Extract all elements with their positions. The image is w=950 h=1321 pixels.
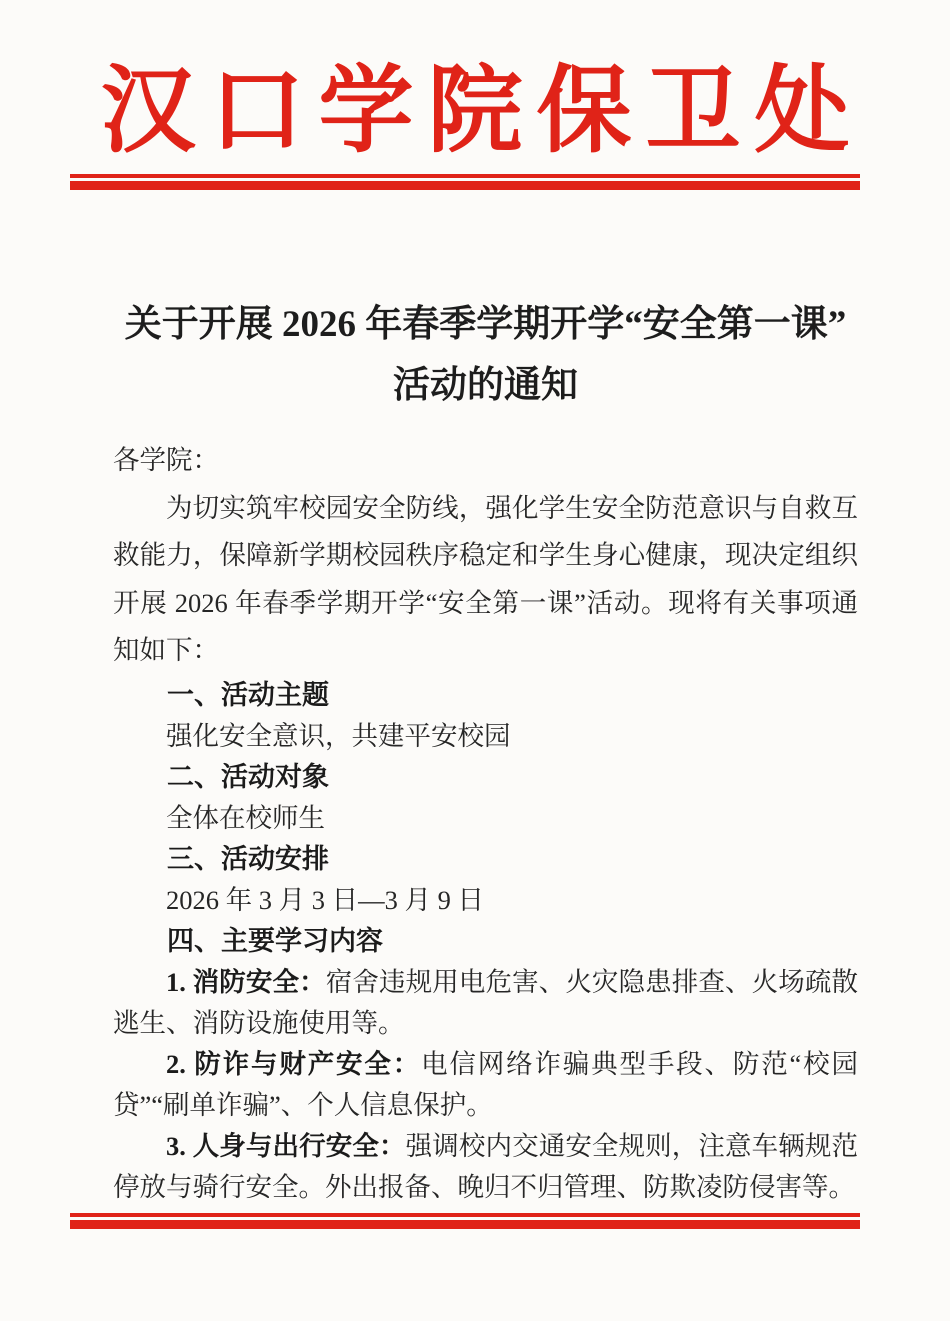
list-item-1-label: 1. 消防安全： [166, 967, 326, 997]
double-rule-bottom [70, 1213, 860, 1229]
masthead-title: 汉口学院保卫处 [0, 0, 950, 162]
section-1-heading: 一、活动主题 [113, 675, 858, 716]
sections: 一、活动主题 强化安全意识，共建平安校园 二、活动对象 全体在校师生 三、活动安… [113, 675, 858, 1208]
document-page: 汉口学院保卫处 关于开展 2026 年春季学期开学“安全第一课” 活动的通知 各… [0, 0, 950, 1321]
salutation: 各学院： [113, 437, 858, 485]
list-item-2-label: 2. 防诈与财产安全： [166, 1049, 421, 1079]
list-item: 2. 防诈与财产安全：电信网络诈骗典型手段、防范“校园贷”“刷单诈骗”、个人信息… [113, 1044, 858, 1126]
section-3-body: 2026 年 3 月 3 日—3 月 9 日 [113, 880, 858, 921]
list-item: 1. 消防安全：宿舍违规用电危害、火灾隐患排查、火场疏散逃生、消防设施使用等。 [113, 962, 858, 1044]
notice-title: 关于开展 2026 年春季学期开学“安全第一课” 活动的通知 [113, 294, 858, 416]
notice-title-line2: 活动的通知 [113, 355, 858, 416]
notice-title-line1: 关于开展 2026 年春季学期开学“安全第一课” [113, 294, 858, 355]
notice-body: 各学院： 为切实筑牢校园安全防线，强化学生安全防范意识与自救互救能力，保障新学期… [113, 437, 858, 1208]
list-item: 3. 人身与出行安全：强调校内交通安全规则，注意车辆规范停放与骑行安全。外出报备… [113, 1126, 858, 1208]
list-item-3-label: 3. 人身与出行安全： [166, 1131, 406, 1161]
section-2-body: 全体在校师生 [113, 798, 858, 839]
rule-thin-line [70, 174, 860, 178]
intro-paragraph: 为切实筑牢校园安全防线，强化学生安全防范意识与自救互救能力，保障新学期校园秩序稳… [113, 485, 858, 675]
section-3-heading: 三、活动安排 [113, 839, 858, 880]
rule-thick-line [70, 181, 860, 190]
rule-thin-line [70, 1213, 860, 1217]
section-2-heading: 二、活动对象 [113, 757, 858, 798]
section-4-heading: 四、主要学习内容 [113, 921, 858, 962]
double-rule-top [70, 174, 860, 190]
section-1-body: 强化安全意识，共建平安校园 [113, 716, 858, 757]
rule-thick-line [70, 1220, 860, 1229]
